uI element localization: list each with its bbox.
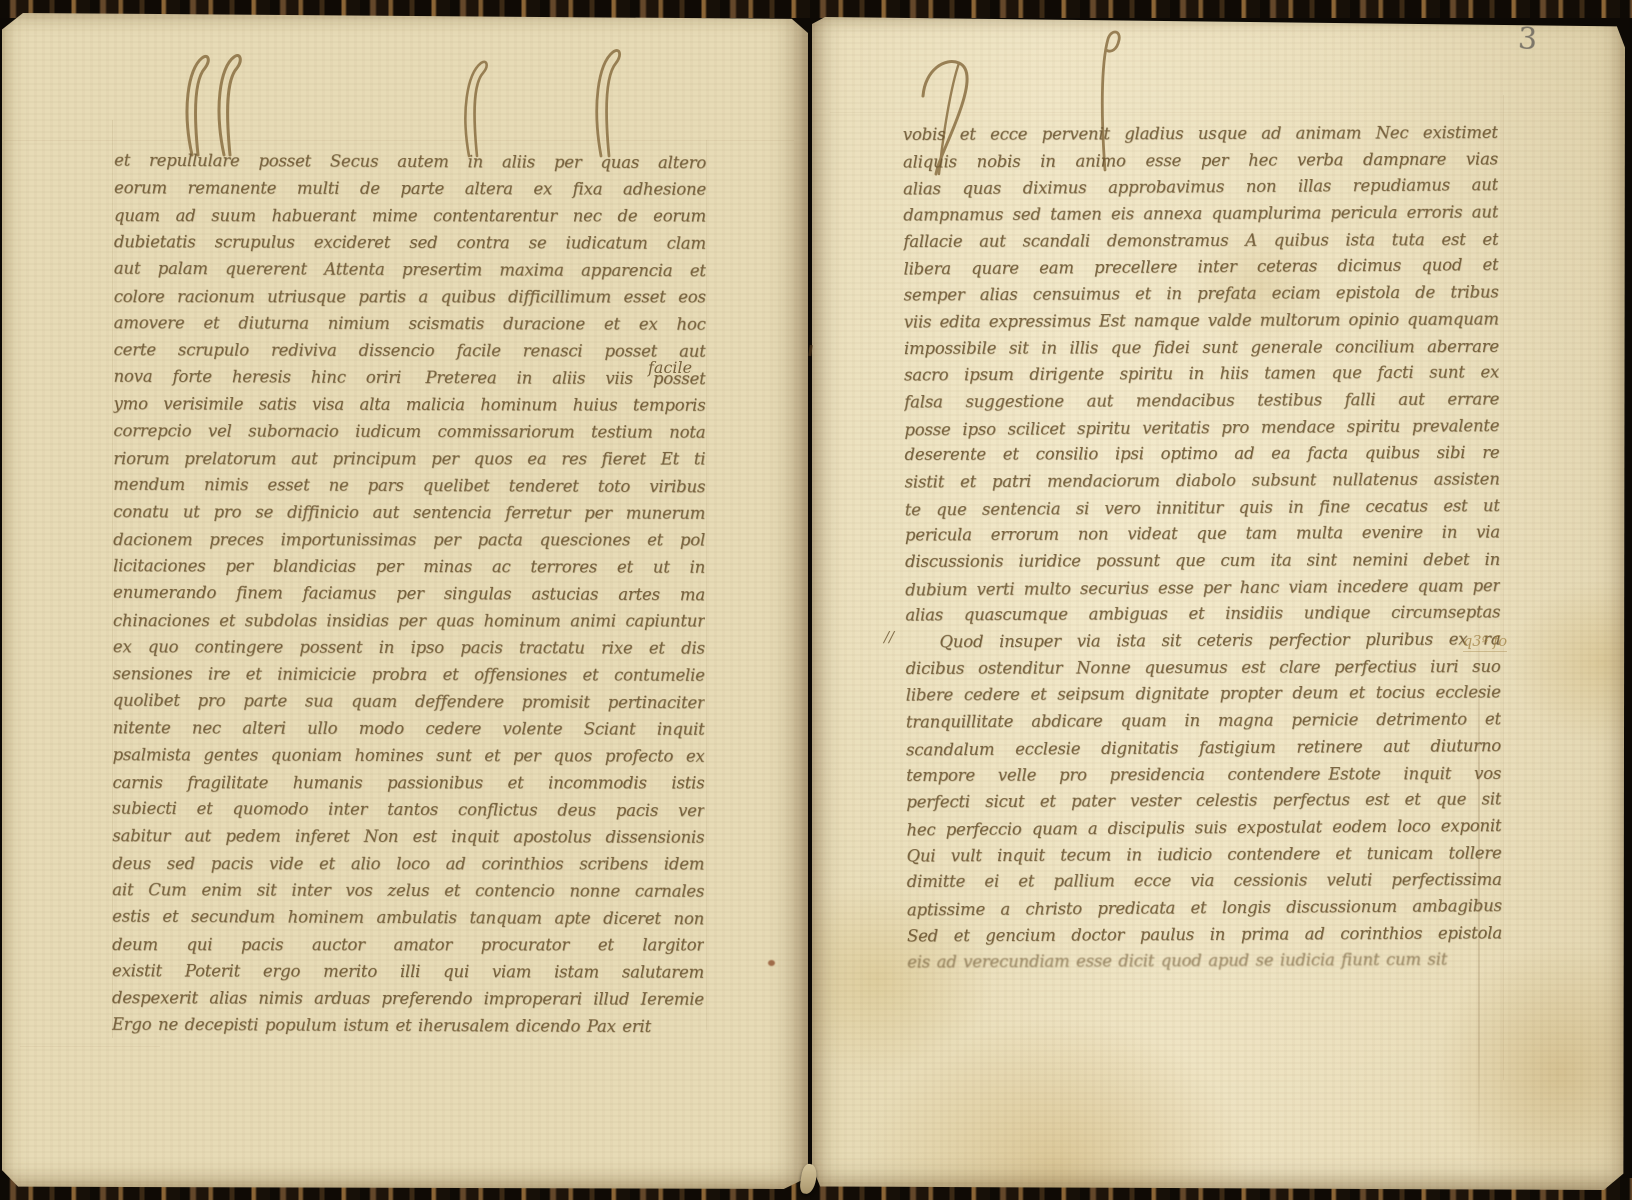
paragraph-mark: // (884, 628, 894, 646)
manuscript-line: semper alias censuimus et in prefata eci… (904, 280, 1499, 310)
manuscript-line: te que sentencia si vero innititur quis … (905, 493, 1500, 524)
manuscript-line: libera quare eam precellere inter cetera… (903, 253, 1498, 284)
manuscript-line: psalmista gentes quoniam homines sunt et… (113, 741, 705, 770)
manuscript-line: Ergo ne decepisti populum istum et iheru… (112, 1011, 704, 1041)
manuscript-line: deus sed pacis vide et alio loco ad cori… (112, 850, 704, 877)
manuscript-line: impossibile sit in illis que fidei sunt … (904, 333, 1499, 362)
manuscript-line: perfecti sicut et pater vester celestis … (906, 787, 1501, 817)
manuscript-line: quolibet pro parte sua quam deffendere p… (113, 687, 705, 717)
manuscript-line: dimitte ei et pallium ecce via cessionis… (907, 867, 1502, 896)
flourish-icon (585, 46, 630, 158)
bottom-margin-ruling-left-page (20, 1046, 160, 1047)
manuscript-line: certe scrupulo rediviva dissencio facile… (114, 336, 706, 365)
manuscript-photo: { "colors": { "parchment": "#e9ddb9", "i… (0, 0, 1632, 1200)
manuscript-line: Sed et gencium doctor paulus in prima ad… (907, 920, 1502, 950)
manuscript-line: ait Cum enim sit inter vos zelus et cont… (112, 876, 704, 905)
manuscript-line: dacionem preces importunissimas per pact… (113, 526, 705, 553)
manuscript-line: hec perfeccio quam a discipulis suis exp… (906, 813, 1501, 844)
manuscript-line: despexerit alias nimis arduas preferendo… (112, 984, 704, 1013)
manuscript-line: aptissime a christo predicata et longis … (907, 893, 1502, 924)
manuscript-line: posse ipso scilicet spiritu veritatis pr… (904, 413, 1499, 444)
manuscript-line: quam ad suum habuerant mime contentarent… (114, 202, 706, 229)
manuscript-line: eorum remanente multi de parte altera ex… (114, 174, 706, 203)
margin-note-facile: facile (648, 358, 692, 377)
manuscript-line: Quod insuper via ista sit ceteris perfec… (905, 627, 1500, 657)
manuscript-line: riorum prelatorum aut principum per quos… (113, 445, 705, 472)
rust-stain (768, 960, 775, 966)
manuscript-line: dubium verti multo securius esse per han… (905, 573, 1500, 604)
manuscript-line: scandalum ecclesie dignitatis fastigium … (906, 733, 1501, 764)
manuscript-line: Qui vult inquit tecum in iudicio contend… (907, 840, 1502, 870)
manuscript-line: conatu ut pro se diffinicio aut sentenci… (113, 498, 705, 527)
manuscript-line: enumerando finem faciamus per singulas a… (113, 579, 705, 609)
margin-note-quire: q3ª fo (1463, 634, 1507, 652)
left-page-text-block: et repullulare posset Secus autem in ali… (112, 147, 706, 1040)
manuscript-line: carnis fragilitate humanis passionibus e… (112, 769, 704, 796)
flourish-icon (455, 58, 495, 158)
manuscript-line: libere cedere et seipsum dignitate propt… (906, 680, 1501, 710)
manuscript-line: mendum nimis esset ne pars quelibet tend… (113, 471, 705, 501)
manuscript-line: tempore velle pro presidencia contendere… (906, 760, 1501, 789)
manuscript-line: dubietatis scrupulus excideret sed contr… (114, 228, 706, 257)
manuscript-line: nova forte heresis hinc oriri Preterea i… (114, 363, 706, 393)
manuscript-line: nitente nec alteri ullo modo cedere vole… (113, 714, 705, 743)
manuscript-line: alias quascumque ambiguas et insidiis un… (905, 600, 1500, 630)
manuscript-line: ex quo contingere possent in ipso pacis … (113, 633, 705, 662)
top-margin-ruling-left-page (4, 140, 794, 141)
manuscript-line: vobis et ecce pervenit gladius usque ad … (903, 120, 1498, 149)
manuscript-line: dampnamus sed tamen eis annexa quampluri… (903, 200, 1498, 230)
manuscript-line: sistit et patri mendaciorum diabolo subs… (905, 466, 1500, 496)
manuscript-line: deum qui pacis auctor amator procurator … (112, 931, 704, 958)
manuscript-line: tranquillitate abdicare quam in magna pe… (906, 707, 1501, 737)
manuscript-line: fallacie aut scandali demonstramus A qui… (903, 227, 1498, 256)
manuscript-line: alias quas diximus approbavimus non illa… (903, 172, 1498, 203)
manuscript-line: falsa suggestione aut mendacibus testibu… (904, 386, 1499, 416)
manuscript-line: amovere et diuturna nimium scismatis dur… (114, 309, 706, 338)
right-page-text-block: vobis et ecce pervenit gladius usque ad … (903, 119, 1502, 976)
right-margin-ruling-right-page (1503, 95, 1504, 1080)
manuscript-line: pericula errorum non videat que tam mult… (905, 520, 1500, 550)
manuscript-line: aut palam quererent Attenta presertim ma… (114, 255, 706, 285)
manuscript-line: licitaciones per blandicias per minas ac… (113, 552, 705, 581)
manuscript-line: eis ad verecundiam esse dicit quod apud … (907, 947, 1502, 977)
flourish-icon (172, 52, 267, 157)
manuscript-line: colore racionum utriusque partis a quibu… (114, 283, 706, 310)
manuscript-line: estis et secundum hominem ambulatis tanq… (112, 903, 704, 933)
right-margin-ruling-left-page (706, 140, 707, 1030)
manuscript-line: sabitur aut pedem inferet Non est inquit… (112, 822, 704, 851)
manuscript-line: chinaciones et subdolas insidias per qua… (113, 607, 705, 634)
manuscript-line: sensiones ire et inimicicie probra et of… (113, 660, 705, 689)
manuscript-line: existit Poterit ergo merito illi qui via… (112, 957, 704, 986)
manuscript-line: et repullulare posset Secus autem in ali… (114, 147, 706, 177)
manuscript-line: viis edita expressimus Est namque valde … (904, 306, 1499, 336)
manuscript-line: sacro ipsum dirigente spiritu in hiis ta… (904, 360, 1499, 390)
manuscript-line: correpcio vel subornacio iudicum commiss… (113, 417, 705, 446)
manuscript-line: deserente et consilio ipsi optimo ad ea … (904, 440, 1499, 469)
folio-number: 3 (1517, 22, 1538, 58)
manuscript-line: aliquis nobis in animo esse per hec verb… (903, 146, 1498, 176)
manuscript-line: ymo verisimile satis visa alta malicia h… (113, 390, 705, 419)
manuscript-line: subiecti et quomodo inter tantos conflic… (112, 795, 704, 825)
manuscript-line: dicibus ostenditur Nonne quesumus est cl… (906, 654, 1501, 683)
manuscript-line: discussionis iuridice possunt que cum it… (905, 547, 1500, 576)
